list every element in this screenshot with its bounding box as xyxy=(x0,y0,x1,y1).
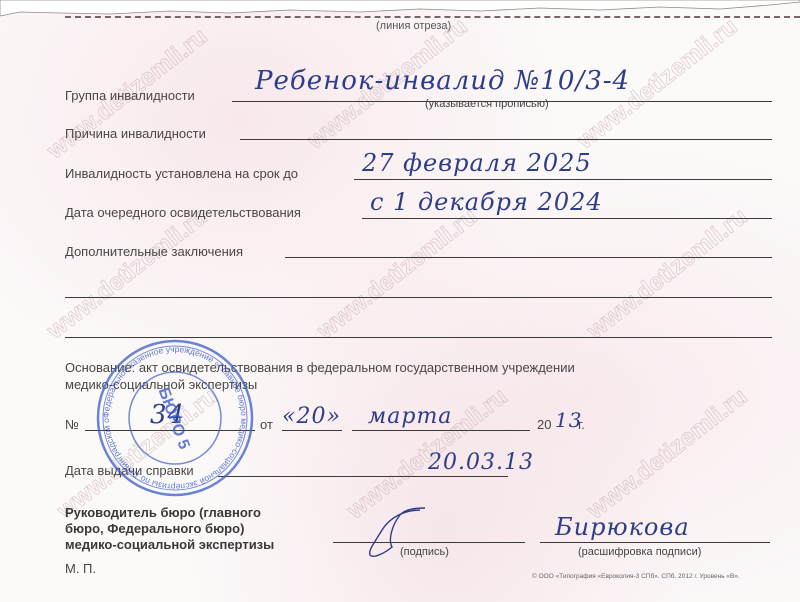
act-day-value[interactable]: «20» xyxy=(282,404,341,429)
print-info: © ООО «Типография «Евроколия-3 СПб». СПб… xyxy=(532,573,740,580)
act-day-line xyxy=(282,430,342,431)
watermark: www.detizemli.ru xyxy=(312,203,483,345)
head-title-line-3: медико-социальной экспертизы xyxy=(65,537,274,553)
head-title-line-1: Руководитель бюро (главного xyxy=(65,505,261,521)
watermark: www.detizemli.ru xyxy=(42,203,213,345)
head-title-line-2: бюро, Федерального бюро) xyxy=(65,521,244,537)
seal-label: М. П. xyxy=(65,561,96,576)
additional-conclusions-line xyxy=(285,257,772,258)
valid-until-label: Инвалидность установлена на срок до xyxy=(65,166,298,181)
cut-line-label: (линия отреза) xyxy=(376,20,451,32)
disability-group-hint: (указывается прописью) xyxy=(425,98,549,110)
cut-line xyxy=(65,16,800,18)
official-stamp: Федеральное казенное учреждение «Главное… xyxy=(95,338,255,498)
additional-conclusions-line-2 xyxy=(65,297,772,298)
additional-conclusions-label: Дополнительные заключения xyxy=(65,244,243,259)
signature-hint: (подпись) xyxy=(400,546,449,558)
issue-date-line xyxy=(218,476,508,477)
act-month-value[interactable]: марта xyxy=(368,404,452,429)
act-year-prefix: 20 xyxy=(537,417,551,432)
act-from-label: от xyxy=(260,417,273,432)
signature-decoding-hint: (расшифровка подписи) xyxy=(578,546,701,558)
disability-group-label: Группа инвалидности xyxy=(65,88,195,103)
stamp-inner-text: БЮРО 5 xyxy=(155,385,193,451)
act-year-suffix: г. xyxy=(578,417,585,432)
issue-date-value[interactable]: 20.03.13 xyxy=(428,450,534,475)
act-month-line xyxy=(352,430,530,431)
valid-until-value[interactable]: 27 февраля 2025 xyxy=(362,149,592,177)
next-exam-label: Дата очередного освидетельствования xyxy=(65,205,301,220)
valid-until-line xyxy=(354,179,772,180)
disability-cause-line xyxy=(240,139,772,140)
act-number-prefix: № xyxy=(65,417,79,432)
watermark: www.detizemli.ru xyxy=(582,383,753,525)
disability-group-value[interactable]: Ребенок-инвалид №10/3-4 xyxy=(255,66,630,96)
next-exam-line xyxy=(362,218,772,219)
watermark: www.detizemli.ru xyxy=(582,203,753,345)
certificate-page: (линия отреза) www.detizemli.ru www.deti… xyxy=(0,0,800,602)
disability-cause-label: Причина инвалидности xyxy=(65,126,206,141)
signature-decoding-value[interactable]: Бирюкова xyxy=(555,513,690,541)
next-exam-value[interactable]: с 1 декабря 2024 xyxy=(370,188,603,216)
signature-decoding-line xyxy=(540,542,770,543)
